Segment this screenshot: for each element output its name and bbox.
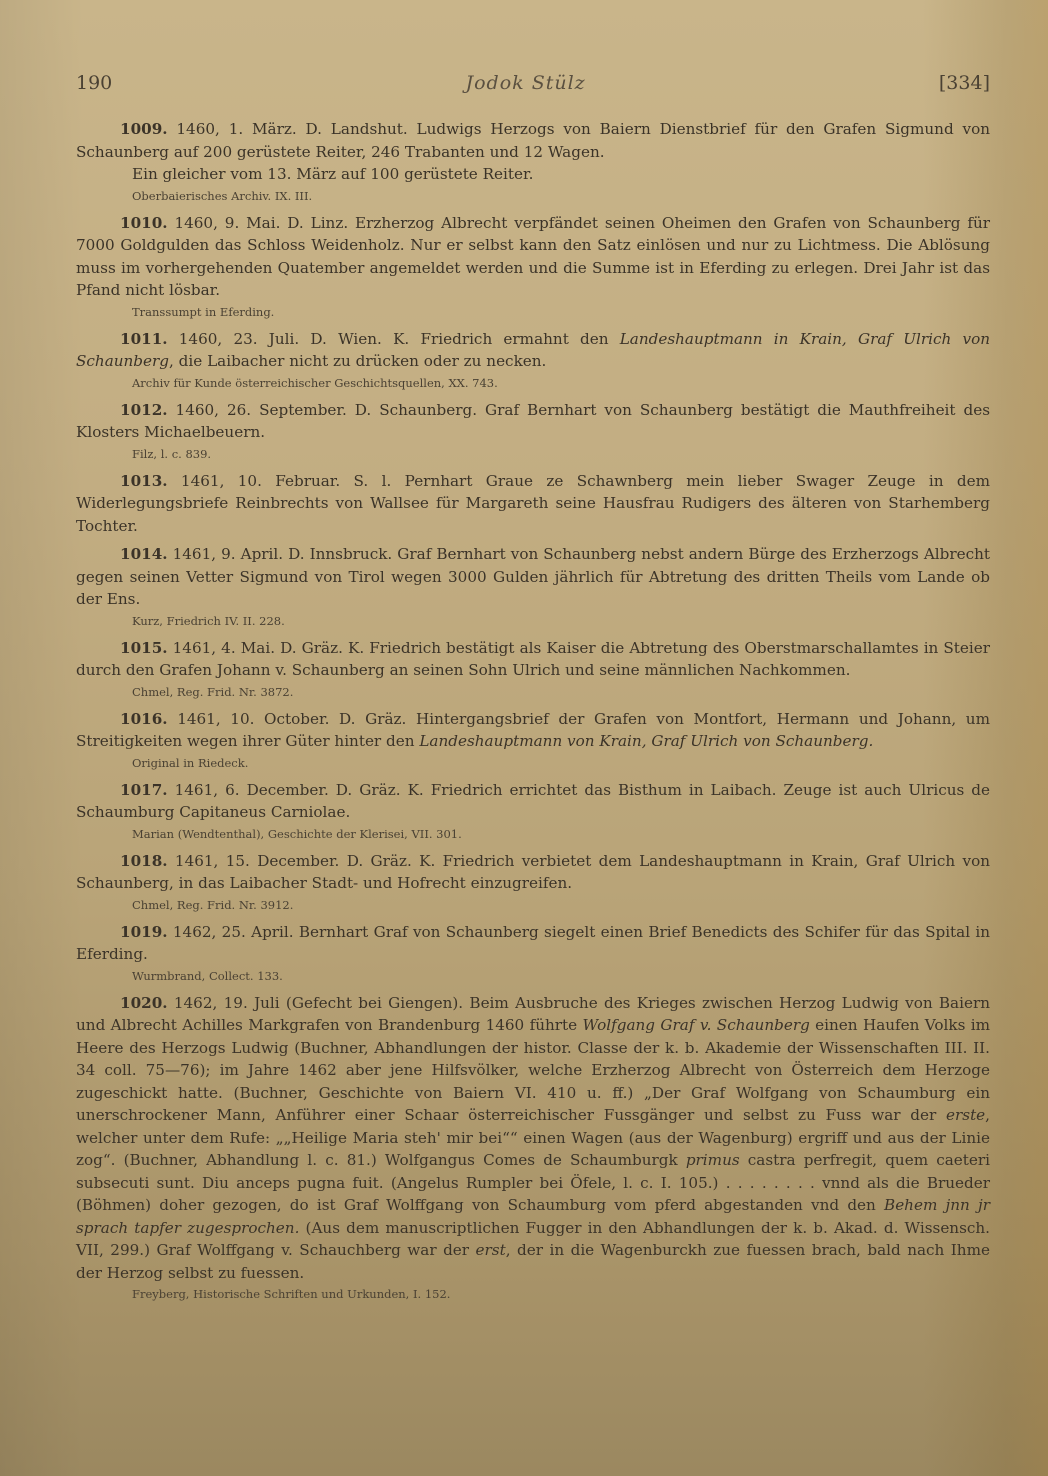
- entry-number: 1017.: [120, 781, 168, 799]
- entry-1019: 1019. 1462, 25. April. Bernhart Graf von…: [76, 921, 990, 986]
- book-page: 190 Jodok Stülz [334] 1009. 1460, 1. Mär…: [76, 72, 990, 1310]
- entry-number: 1020.: [120, 994, 168, 1012]
- entry-1015: 1015. 1461, 4. Mai. D. Gräz. K. Friedric…: [76, 637, 990, 702]
- entry-1011: 1011. 1460, 23. Juli. D. Wien. K. Friedr…: [76, 328, 990, 393]
- entry-subnote: Ein gleicher vom 13. März auf 100 gerüst…: [76, 163, 990, 186]
- entry-1014: 1014. 1461, 9. April. D. Innsbruck. Graf…: [76, 543, 990, 631]
- page-title: Jodok Stülz: [465, 72, 585, 94]
- entry-number: 1015.: [120, 639, 168, 657]
- entry-source: Chmel, Reg. Frid. Nr. 3912.: [76, 895, 990, 915]
- entry-1018: 1018. 1461, 15. December. D. Gräz. K. Fr…: [76, 850, 990, 915]
- bracket-page-number: [334]: [939, 72, 990, 94]
- entry-source: Chmel, Reg. Frid. Nr. 3872.: [76, 682, 990, 702]
- entry-source: Archiv für Kunde österreichischer Geschi…: [76, 373, 990, 393]
- entry-1010: 1010. 1460, 9. Mai. D. Linz. Erzherzog A…: [76, 212, 990, 322]
- entry-source: Freyberg, Historische Schriften und Urku…: [76, 1284, 990, 1304]
- entry-1016: 1016. 1461, 10. October. D. Gräz. Hinter…: [76, 708, 990, 773]
- entry-text: 1460, 26. September. D. Schaunberg. Graf…: [76, 401, 990, 442]
- entry-italic: erste: [946, 1106, 985, 1124]
- entry-number: 1016.: [120, 710, 168, 728]
- entry-text: 1461, 10. Februar. S. l. Pernhart Graue …: [76, 472, 990, 535]
- entry-source: Oberbaierisches Archiv. IX. III.: [76, 186, 990, 206]
- running-head: 190 Jodok Stülz [334]: [76, 72, 990, 94]
- entry-italic: erst: [476, 1241, 506, 1259]
- page-number: 190: [76, 72, 112, 94]
- entry-1012: 1012. 1460, 26. September. D. Schaunberg…: [76, 399, 990, 464]
- entry-italic: Landeshauptmann von Krain, Graf Ulrich v…: [419, 732, 873, 750]
- entry-source: Transsumpt in Eferding.: [76, 302, 990, 322]
- entry-1013: 1013. 1461, 10. Februar. S. l. Pernhart …: [76, 470, 990, 538]
- entry-source: Kurz, Friedrich IV. II. 228.: [76, 611, 990, 631]
- entry-text-cont: , die Laibacher nicht zu drücken oder zu…: [169, 352, 546, 370]
- entry-1017: 1017. 1461, 6. December. D. Gräz. K. Fri…: [76, 779, 990, 844]
- entry-source: Filz, l. c. 839.: [76, 444, 990, 464]
- entry-italic: Wolfgang Graf v. Schaunberg: [583, 1016, 810, 1034]
- entry-source: Marian (Wendtenthal), Geschichte der Kle…: [76, 824, 990, 844]
- entry-text: 1461, 15. December. D. Gräz. K. Friedric…: [76, 852, 990, 893]
- entry-text: 1461, 4. Mai. D. Gräz. K. Friedrich best…: [76, 639, 990, 680]
- entry-text: 1460, 23. Juli. D. Wien. K. Friedrich er…: [179, 330, 620, 348]
- entry-text: 1461, 6. December. D. Gräz. K. Friedrich…: [76, 781, 990, 822]
- entry-number: 1010.: [120, 214, 168, 232]
- entry-source: Original in Riedeck.: [76, 753, 990, 773]
- entry-source: Wurmbrand, Collect. 133.: [76, 966, 990, 986]
- entry-text: 1461, 9. April. D. Innsbruck. Graf Bernh…: [76, 545, 990, 608]
- entry-number: 1011.: [120, 330, 168, 348]
- entry-number: 1009.: [120, 120, 168, 138]
- entry-number: 1013.: [120, 472, 168, 490]
- entry-1009: 1009. 1460, 1. März. D. Landshut. Ludwig…: [76, 118, 990, 206]
- entry-italic: primus: [686, 1151, 740, 1169]
- entry-number: 1018.: [120, 852, 168, 870]
- entry-text: 1460, 1. März. D. Landshut. Ludwigs Herz…: [76, 120, 990, 161]
- entry-number: 1012.: [120, 401, 168, 419]
- entry-text: 1460, 9. Mai. D. Linz. Erzherzog Albrech…: [76, 214, 990, 300]
- entry-number: 1014.: [120, 545, 168, 563]
- entry-text: 1462, 25. April. Bernhart Graf von Schau…: [76, 923, 990, 964]
- entry-1020: 1020. 1462, 19. Juli (Gefecht bei Gienge…: [76, 992, 990, 1305]
- entry-number: 1019.: [120, 923, 168, 941]
